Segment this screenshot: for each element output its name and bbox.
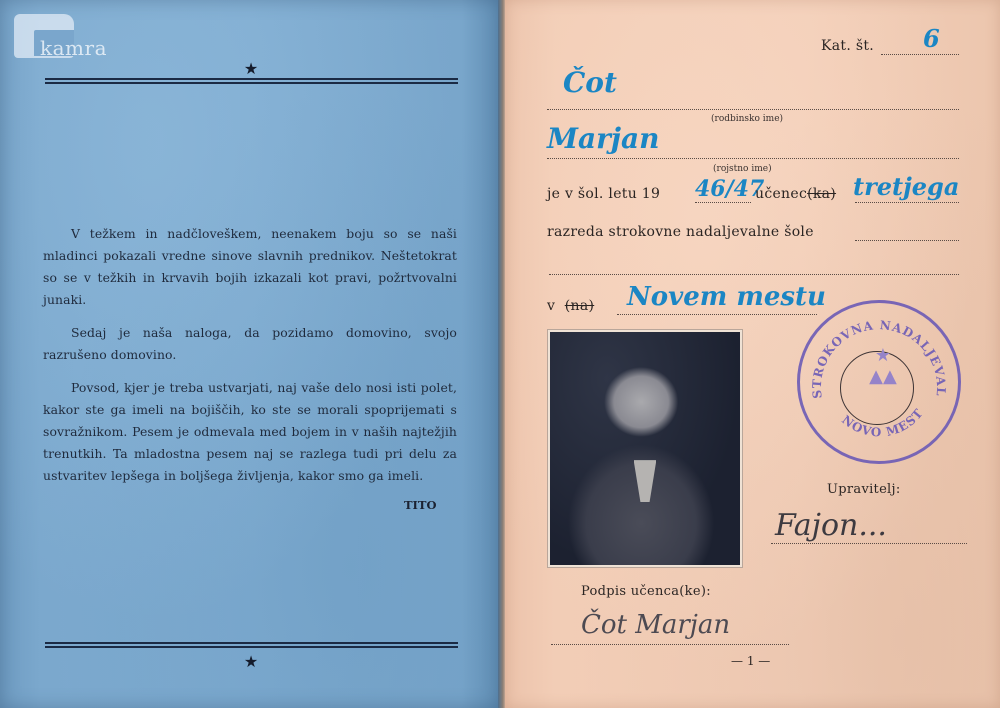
school-year-value: 46/47 — [695, 176, 764, 202]
catalog-dotted-line — [881, 54, 959, 55]
student-signature-dotted-line — [551, 644, 789, 645]
photo-collar — [634, 460, 657, 502]
star-icon: ★ — [241, 654, 261, 670]
star-icon: ★ — [241, 61, 261, 77]
student-label: učenec(ka) — [755, 186, 836, 202]
student-signature-label: Podpis učenca(ke): — [581, 584, 711, 599]
top-double-rule — [45, 78, 458, 84]
surname-value: Čot — [563, 66, 617, 99]
student-signature: Čot Marjan — [581, 610, 730, 640]
school-stamp: STROKOVNA NADALJEVALNA ŠOLA NOVO MESTO ★… — [797, 300, 961, 464]
coat-of-arms-icon: ★▲▲ — [848, 345, 918, 411]
location-prefix: v — [547, 298, 555, 314]
surname-caption: (rodbinsko ime) — [711, 114, 783, 124]
surname-dotted-line — [547, 109, 959, 110]
school-year-prefix: je v šol. letu 19 — [547, 186, 660, 202]
first-name-dotted-line — [547, 158, 959, 159]
director-label: Upravitelj: — [827, 482, 901, 497]
class-dotted-line — [855, 240, 959, 241]
location-value: Novem mestu — [627, 282, 826, 312]
left-page: kamra ★ V težkem in nadčloveškem, neenak… — [0, 0, 502, 708]
bottom-double-rule — [45, 642, 458, 648]
blank-dotted-line — [549, 274, 959, 275]
location-struck: (na) — [565, 298, 595, 314]
grade-dotted-line — [855, 202, 959, 203]
location-line: v (na) — [547, 298, 594, 314]
student-suffix-struck: (ka) — [807, 186, 836, 202]
grade-value: tretjega — [853, 172, 959, 201]
director-dotted-line — [771, 543, 967, 544]
location-dotted-line — [617, 314, 817, 315]
catalog-value: 6 — [923, 24, 940, 53]
page-number: — 1 — — [731, 654, 770, 668]
class-description: razreda strokovne nadaljevalne šole — [547, 224, 814, 240]
year-dotted-line — [695, 202, 751, 203]
quote-signature: TITO — [404, 498, 437, 512]
director-signature: Fajon... — [775, 508, 887, 543]
first-name-caption: (rojstno ime) — [713, 164, 772, 174]
student-label-text: učenec — [755, 186, 807, 202]
catalog-label: Kat. št. — [821, 38, 874, 54]
right-page: Kat. št. 6 Čot (rodbinsko ime) Marjan (r… — [505, 0, 1000, 708]
tito-quote: V težkem in nadčloveškem, neenakem boju … — [43, 223, 457, 498]
first-name-value: Marjan — [547, 122, 660, 155]
watermark-text: kamra — [40, 36, 107, 60]
student-photo — [548, 330, 742, 567]
quote-paragraph: V težkem in nadčloveškem, neenakem boju … — [43, 223, 457, 311]
document-spread: kamra ★ V težkem in nadčloveškem, neenak… — [0, 0, 1000, 708]
quote-paragraph: Povsod, kjer je treba ustvarjati, naj va… — [43, 377, 457, 487]
quote-paragraph: Sedaj je naša naloga, da pozidamo domovi… — [43, 322, 457, 366]
